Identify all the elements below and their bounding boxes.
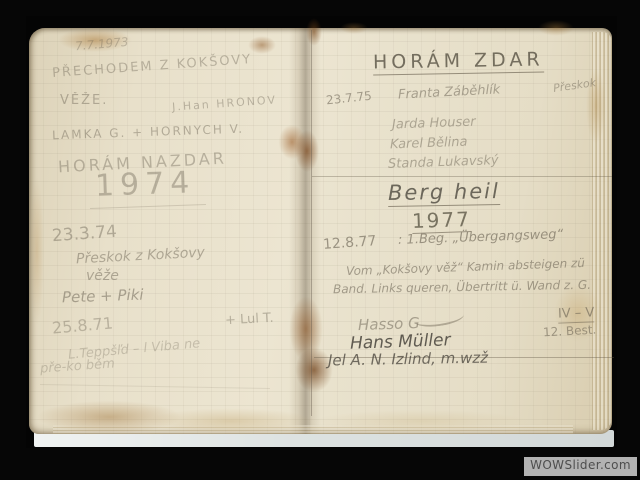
handwriting-line: + Lul T.	[225, 312, 274, 328]
greeting-horam-zdar: HORÁM ZDAR	[373, 51, 544, 76]
stain	[248, 36, 276, 54]
stain	[340, 22, 368, 34]
climber-name: Karel Bělina	[390, 136, 468, 152]
signature: Hasso G	[358, 316, 420, 333]
signature: Jel A. N. Izlind, m.wzž	[328, 351, 488, 369]
worn-bottom-edge	[146, 408, 316, 434]
stain	[538, 20, 574, 36]
greeting-berg-heil: Berg heil	[388, 181, 500, 207]
stain	[294, 128, 320, 174]
climber-name: Standa Lukavský	[388, 154, 499, 171]
climber-name: Jarda Houser	[392, 116, 476, 132]
notebook-photo-slide[interactable]: 7.7.1973 PŘECHODEM Z KOKŠOVY VĚŽE. J.Han…	[26, 16, 617, 448]
section-divider-line	[312, 176, 612, 177]
year-1974: 1974	[95, 168, 196, 201]
wowslider-watermark-link[interactable]: WOWSlider.com	[524, 457, 637, 476]
ascent-count: 12. Best.	[543, 324, 597, 339]
handwriting-line: VĚŽE.	[60, 94, 108, 107]
entry-date: 12.8.77	[323, 234, 377, 252]
handwriting-line: věže	[86, 269, 119, 283]
entry-date: 23.3.74	[51, 224, 117, 245]
stain	[30, 176, 44, 326]
right-page-margin-line	[311, 30, 312, 416]
worn-bottom-edge	[316, 410, 526, 432]
route-grade: IV – V	[558, 306, 595, 323]
stain	[306, 18, 322, 46]
slider-stage: 7.7.1973 PŘECHODEM Z KOKŠOVY VĚŽE. J.Han…	[0, 0, 640, 480]
handwriting-line: Pete + Piki	[62, 288, 144, 306]
